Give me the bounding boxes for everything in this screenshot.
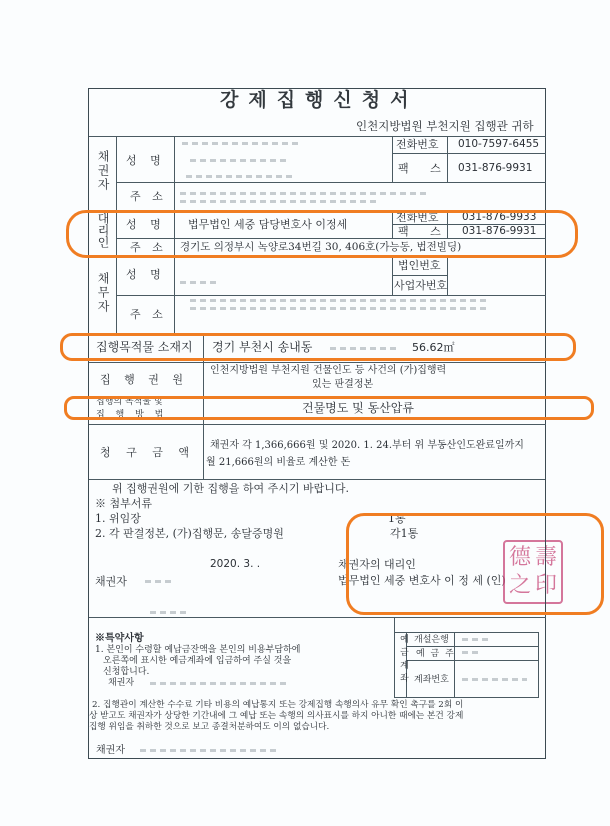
deposit-account-label: 예금계좌 (396, 634, 409, 686)
debtor-address-label: 주 소 (130, 308, 163, 321)
attachment-2-name: 2. 각 판결정본, (가)집행문, 송달증명원 (95, 527, 284, 540)
title-line2: 있는 판결정본 (312, 378, 373, 391)
request-statement: 위 집행권원에 기한 집행을 하여 주시기 바랍니다. (112, 482, 349, 495)
special-item1-line1: 1. 본인이 수령할 예납금잔액을 본인의 비용부담하에 (95, 645, 300, 656)
request-creditor-label: 채권자 (95, 575, 127, 588)
creditor-fax-label: 팩 스 (398, 162, 441, 175)
creditor-phone: 010-7597-6455 (458, 138, 539, 151)
highlight-agent-signature (346, 513, 604, 615)
special-item2-line2: 상 받고도 채권자가 상당한 기간내에 그 예납 또는 속행의 의사표시를 하지… (89, 711, 463, 722)
bank-label: 개설은행 (414, 634, 449, 647)
debtor-section-label: 채무자 (96, 272, 109, 314)
attachment-1-name: 1. 위임장 (95, 512, 141, 525)
account-label: 계좌번호 (414, 674, 449, 687)
debtor-corp-no-label: 법인번호 (398, 259, 441, 272)
debtor-biz-no-label: 사업자번호 (394, 279, 447, 292)
special-item1-sign-label: 채권자 (108, 678, 134, 689)
amount-line2: 월 21,666원의 비율로 계산한 돈 (206, 456, 350, 469)
special-item2-line3: 집행 위임을 취하한 것으로 보고 종결처분하여도 이의 없습니다. (89, 722, 329, 733)
highlight-agent (66, 210, 578, 258)
document-title: 강제집행신청서 (220, 94, 418, 107)
special-heading: ※특약사항 (95, 632, 144, 645)
attachments-heading: ※ 첨부서류 (95, 497, 152, 510)
title-line1: 인천지방법원 부천지원 건물인도 등 사건의 (가)집행력 (210, 364, 446, 377)
amount-label: 청 구 금 액 (100, 446, 189, 459)
document-addressee: 인천지방법원 부천지원 집행관 귀하 (356, 120, 534, 133)
creditor-phone-label: 전화번호 (396, 138, 439, 151)
creditor-section-label: 채권자 (96, 150, 109, 192)
creditor-name-label: 성 명 (126, 154, 161, 167)
title-label: 집 행 권 원 (100, 373, 183, 386)
special-item2-line1: 2. 집행관이 계산한 수수료 기타 비용의 예납통지 또는 강제집행 속행의사… (92, 700, 463, 711)
highlight-location (60, 333, 576, 361)
holder-label: 예 금 주 (416, 648, 454, 661)
special-bottom-sign-label: 채권자 (96, 744, 125, 757)
special-item1-line3: 신청합니다. (103, 667, 149, 678)
debtor-name-label: 성 명 (126, 268, 161, 281)
request-date: 2020. 3. . (210, 558, 260, 571)
highlight-method (64, 396, 594, 420)
special-item1-line2: 오른쪽에 표시한 예금계좌에 입금하여 주실 것을 (103, 656, 291, 667)
amount-line1: 채권자 각 1,366,666원 및 2020. 1. 24.부터 위 부동산인… (210, 439, 524, 452)
creditor-address-label: 주 소 (130, 190, 163, 203)
creditor-fax: 031-876-9931 (458, 162, 532, 175)
